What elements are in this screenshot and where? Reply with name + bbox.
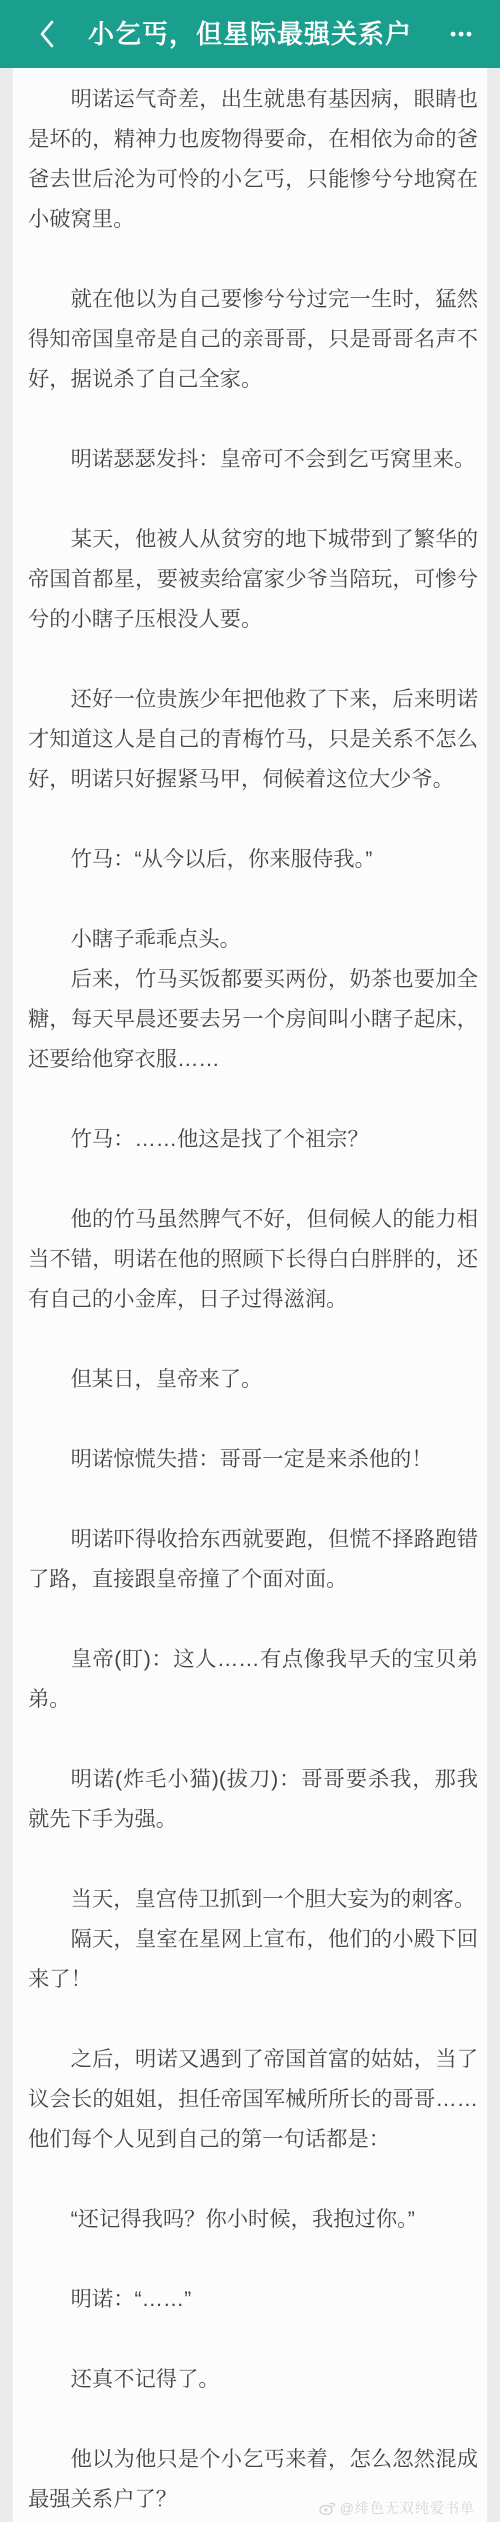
watermark-text: @绯色无双纯爱书单 xyxy=(340,2498,475,2518)
story-paragraph: 明诺瑟瑟发抖：皇帝可不会到乞丐窝里来。 xyxy=(28,439,478,479)
story-paragraph: 明诺惊慌失措：哥哥一定是来杀他的！ xyxy=(28,1439,478,1479)
watermark: @绯色无双纯爱书单 xyxy=(319,2498,475,2518)
weibo-logo-icon xyxy=(319,2501,336,2515)
app-header: 小乞丐，但星际最强关系户 ••• xyxy=(0,0,500,68)
story-paragraph: 后来，竹马买饭都要买两份，奶茶也要加全糖，每天早晨还要去另一个房间叫小瞎子起床，… xyxy=(28,959,478,1079)
story-paragraph: 隔天，皇室在星网上宣布，他们的小殿下回来了！ xyxy=(28,1919,478,1999)
story-paragraph: 明诺吓得收拾东西就要跑，但慌不择路跑错了路，直接跟皇帝撞了个面对面。 xyxy=(28,1519,478,1599)
story-paragraph: “还记得我吗？你小时候，我抱过你。” xyxy=(28,2199,478,2239)
back-icon[interactable] xyxy=(36,19,58,49)
story-paragraph: 竹马：“从今以后，你来服侍我。” xyxy=(28,839,478,879)
story-sheet: 明诺运气奇差，出生就患有基因病，眼睛也是坏的，精神力也废物得要命，在相依为命的爸… xyxy=(13,68,487,2522)
story-paragraph: 当天，皇宫侍卫抓到一个胆大妄为的刺客。 xyxy=(28,1879,478,1919)
story-paragraph: 还好一位贵族少年把他救了下来，后来明诺才知道这人是自己的青梅竹马，只是关系不怎么… xyxy=(28,679,478,799)
story-paragraph: 他的竹马虽然脾气不好，但伺候人的能力相当不错，明诺在他的照顾下长得白白胖胖的，还… xyxy=(28,1199,478,1319)
story-paragraph: 小瞎子乖乖点头。 xyxy=(28,919,478,959)
story-paragraph: 还真不记得了。 xyxy=(28,2359,478,2399)
page-title: 小乞丐，但星际最强关系户 xyxy=(88,0,412,68)
novel-intro-page: 小乞丐，但星际最强关系户 ••• 明诺运气奇差，出生就患有基因病，眼睛也是坏的，… xyxy=(0,0,500,2522)
story-paragraph: 明诺(炸毛小猫)(拔刀)：哥哥要杀我，那我就先下手为强。 xyxy=(28,1759,478,1839)
story-paragraph: 皇帝(盯)：这人……有点像我早夭的宝贝弟弟。 xyxy=(28,1639,478,1719)
story-paragraph: 明诺运气奇差，出生就患有基因病，眼睛也是坏的，精神力也废物得要命，在相依为命的爸… xyxy=(28,79,478,239)
story-paragraph: 但某日，皇帝来了。 xyxy=(28,1359,478,1399)
more-menu-icon[interactable]: ••• xyxy=(450,26,474,43)
story-paragraph: 某天，他被人从贫穷的地下城带到了繁华的帝国首都星，要被卖给富家少爷当陪玩，可惨兮… xyxy=(28,519,478,639)
story-paragraph: 明诺：“……” xyxy=(28,2279,478,2319)
story-paragraph: 就在他以为自己要惨兮兮过完一生时，猛然得知帝国皇帝是自己的亲哥哥，只是哥哥名声不… xyxy=(28,279,478,399)
paragraph-list: 明诺运气奇差，出生就患有基因病，眼睛也是坏的，精神力也废物得要命，在相依为命的爸… xyxy=(28,79,478,2519)
story-paragraph: 之后，明诺又遇到了帝国首富的姑姑，当了议会长的姐姐，担任帝国军械所所长的哥哥……… xyxy=(28,2039,478,2159)
story-paragraph: 竹马：……他这是找了个祖宗？ xyxy=(28,1119,478,1159)
